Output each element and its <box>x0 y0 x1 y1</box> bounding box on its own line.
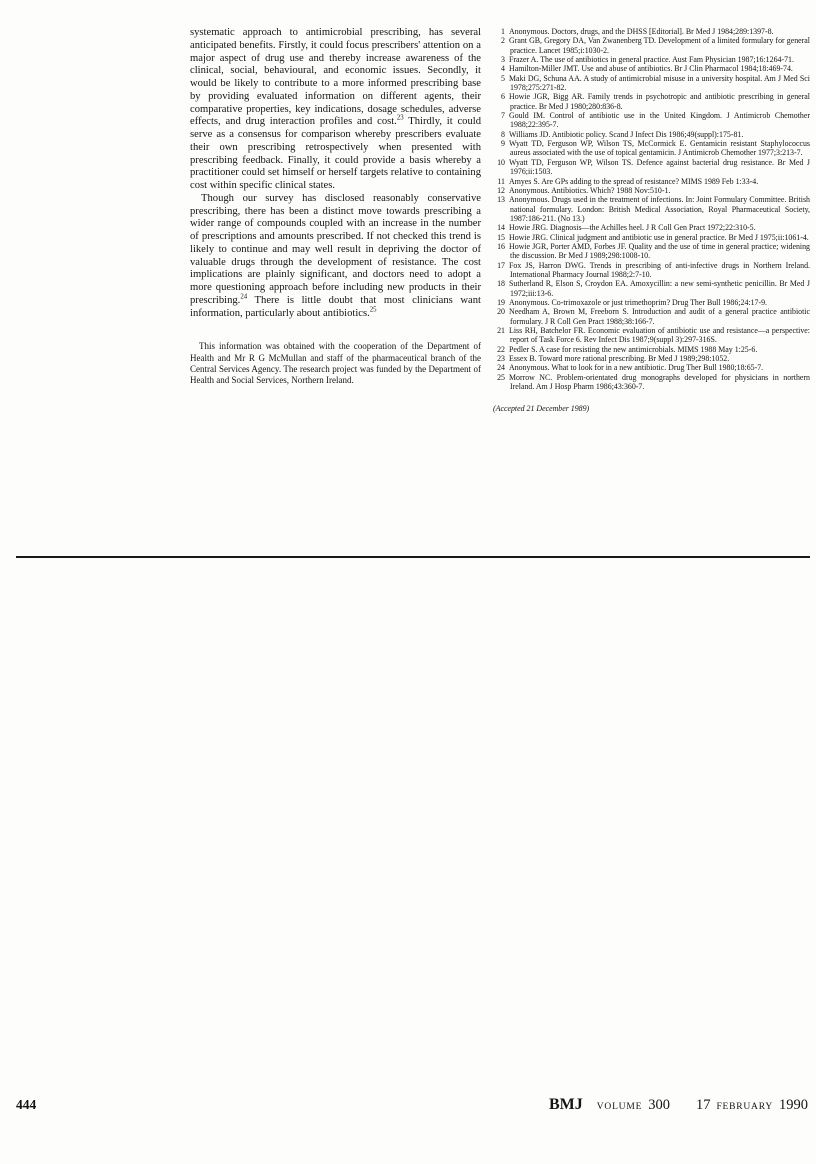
reference-text: Howie JRG. Clinical judgment and antibio… <box>509 233 809 242</box>
reference-number: 14 <box>493 223 505 232</box>
reference-text: Hamilton-Miller JMT. Use and abuse of an… <box>509 64 793 73</box>
reference-item: 15Howie JRG. Clinical judgment and antib… <box>493 233 810 242</box>
reference-text: Anonymous. Drugs used in the treatment o… <box>509 195 810 223</box>
issue-day: 17 <box>696 1097 711 1114</box>
reference-number: 3 <box>493 55 505 64</box>
reference-text: Essex B. Toward more rational prescribin… <box>509 354 729 363</box>
reference-number: 13 <box>493 195 505 204</box>
reference-item: 21Liss RH, Batchelor FR. Economic evalua… <box>493 326 810 345</box>
reference-item: 10Wyatt TD, Ferguson WP, Wilson TS. Defe… <box>493 158 810 177</box>
reference-number: 15 <box>493 233 505 242</box>
page-number: 444 <box>16 1097 36 1113</box>
reference-item: 24Anonymous. What to look for in a new a… <box>493 363 810 372</box>
reference-item: 22Pedler S. A case for resisting the new… <box>493 345 810 354</box>
reference-text: Pedler S. A case for resisting the new a… <box>509 345 757 354</box>
accepted-date-note: (Accepted 21 December 1989) <box>493 404 810 413</box>
reference-text: Wyatt TD, Ferguson WP, Wilson TS. Defenc… <box>509 158 810 176</box>
issue-year: 1990 <box>779 1097 808 1114</box>
reference-number: 2 <box>493 36 505 45</box>
reference-item: 11Amyes S. Are GPs adding to the spread … <box>493 177 810 186</box>
reference-text: Anonymous. Doctors, drugs, and the DHSS … <box>509 27 774 36</box>
volume-number: 300 <box>648 1097 670 1114</box>
reference-number: 20 <box>493 307 505 316</box>
reference-number: 1 <box>493 27 505 36</box>
article-paragraph: Though our survey has disclosed reasonab… <box>190 193 481 321</box>
reference-text: Needham A, Brown M, Freeborn S. Introduc… <box>509 307 810 325</box>
reference-number: 16 <box>493 242 505 251</box>
reference-text: Frazer A. The use of antibiotics in gene… <box>509 55 794 64</box>
reference-text: Morrow NC. Problem-orientated drug monog… <box>509 373 810 391</box>
reference-text: Anonymous. Co-trimoxazole or just trimet… <box>509 298 767 307</box>
journal-footer: BMJ VOLUME 300 17 FEBRUARY 1990 <box>549 1096 808 1114</box>
page-footer: 444 BMJ VOLUME 300 17 FEBRUARY 1990 <box>16 1096 808 1114</box>
reference-text: Howie JGR, Porter AMD, Forbes JF. Qualit… <box>509 242 810 260</box>
reference-number: 6 <box>493 92 505 101</box>
reference-list: 1Anonymous. Doctors, drugs, and the DHSS… <box>493 27 810 391</box>
reference-text: Anonymous. Antibiotics. Which? 1988 Nov:… <box>509 186 670 195</box>
reference-number: 8 <box>493 130 505 139</box>
reference-item: 12Anonymous. Antibiotics. Which? 1988 No… <box>493 186 810 195</box>
reference-text: Fox JS, Harron DWG. Trends in prescribin… <box>509 261 810 279</box>
reference-item: 19Anonymous. Co-trimoxazole or just trim… <box>493 298 810 307</box>
reference-item: 6Howie JGR, Bigg AR. Family trends in ps… <box>493 92 810 111</box>
reference-number: 24 <box>493 363 505 372</box>
reference-text: Howie JRG. Diagnosis—the Achilles heel. … <box>509 223 756 232</box>
reference-number: 22 <box>493 345 505 354</box>
reference-number: 19 <box>493 298 505 307</box>
reference-text: Howie JGR, Bigg AR. Family trends in psy… <box>509 92 810 110</box>
reference-item: 9Wyatt TD, Ferguson WP, Wilson TS, McCor… <box>493 139 810 158</box>
reference-text: Wyatt TD, Ferguson WP, Wilson TS, McCorm… <box>509 139 810 157</box>
reference-item: 17Fox JS, Harron DWG. Trends in prescrib… <box>493 261 810 280</box>
reference-number: 21 <box>493 326 505 335</box>
journal-title: BMJ <box>549 1096 583 1114</box>
reference-text: Sutherland R, Elson S, Croydon EA. Amoxy… <box>509 279 810 297</box>
reference-number: 11 <box>493 177 505 186</box>
volume-label: VOLUME <box>597 1102 642 1112</box>
reference-item: 8Williams JD. Antibiotic policy. Scand J… <box>493 130 810 139</box>
reference-item: 2Grant GB, Gregory DA, Van Zwanenberg TD… <box>493 36 810 55</box>
reference-text: Anonymous. What to look for in a new ant… <box>509 363 763 372</box>
reference-item: 3Frazer A. The use of antibiotics in gen… <box>493 55 810 64</box>
reference-number: 12 <box>493 186 505 195</box>
reference-item: 7Gould IM. Control of antibiotic use in … <box>493 111 810 130</box>
reference-item: 5Maki DG, Schuna AA. A study of antimicr… <box>493 74 810 93</box>
reference-number: 5 <box>493 74 505 83</box>
journal-page: systematic approach to antimicrobial pre… <box>0 0 816 1164</box>
reference-text: Liss RH, Batchelor FR. Economic evaluati… <box>509 326 810 344</box>
reference-superscript: 25 <box>370 306 377 313</box>
reference-item: 18Sutherland R, Elson S, Croydon EA. Amo… <box>493 279 810 298</box>
reference-item: 1Anonymous. Doctors, drugs, and the DHSS… <box>493 27 810 36</box>
reference-number: 25 <box>493 373 505 382</box>
reference-text: Maki DG, Schuna AA. A study of antimicro… <box>509 74 810 92</box>
article-column: systematic approach to antimicrobial pre… <box>190 27 481 556</box>
reference-number: 23 <box>493 354 505 363</box>
reference-item: 25Morrow NC. Problem-orientated drug mon… <box>493 373 810 392</box>
new-editions-section <box>0 558 816 562</box>
reference-number: 7 <box>493 111 505 120</box>
references-column: 1Anonymous. Doctors, drugs, and the DHSS… <box>493 27 810 556</box>
reference-number: 10 <box>493 158 505 167</box>
reference-text: Williams JD. Antibiotic policy. Scand J … <box>509 130 743 139</box>
article-paragraph: systematic approach to antimicrobial pre… <box>190 27 481 193</box>
top-section: systematic approach to antimicrobial pre… <box>0 0 816 556</box>
reference-number: 9 <box>493 139 505 148</box>
reference-item: 23Essex B. Toward more rational prescrib… <box>493 354 810 363</box>
reference-item: 20Needham A, Brown M, Freeborn S. Introd… <box>493 307 810 326</box>
reference-text: Grant GB, Gregory DA, Van Zwanenberg TD.… <box>509 36 810 54</box>
reference-number: 17 <box>493 261 505 270</box>
reference-superscript: 23 <box>397 115 404 122</box>
issue-month: FEBRUARY <box>716 1102 773 1112</box>
reference-text: Amyes S. Are GPs adding to the spread of… <box>509 177 758 186</box>
reference-item: 16Howie JGR, Porter AMD, Forbes JF. Qual… <box>493 242 810 261</box>
reference-text: Gould IM. Control of antibiotic use in t… <box>509 111 810 129</box>
acknowledgement-paragraph: This information was obtained with the c… <box>190 341 481 386</box>
reference-number: 18 <box>493 279 505 288</box>
article-paragraphs: systematic approach to antimicrobial pre… <box>190 27 481 320</box>
reference-item: 14Howie JRG. Diagnosis—the Achilles heel… <box>493 223 810 232</box>
reference-item: 4Hamilton-Miller JMT. Use and abuse of a… <box>493 64 810 73</box>
reference-number: 4 <box>493 64 505 73</box>
reference-item: 13Anonymous. Drugs used in the treatment… <box>493 195 810 223</box>
